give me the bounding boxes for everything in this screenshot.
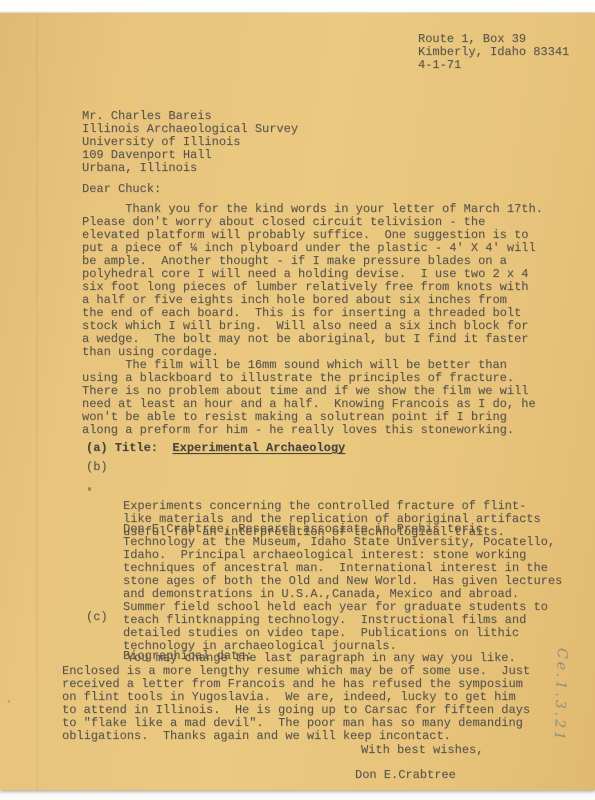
item-a-prefix: (a) Title:	[86, 441, 172, 455]
scanned-letter-page: Route 1, Box 39 Kimberly, Idaho 83341 4-…	[0, 0, 595, 800]
return-address: Route 1, Box 39 Kimberly, Idaho 83341 4-…	[418, 33, 569, 72]
scanner-background-bottom	[0, 790, 595, 800]
signature: Don E.Crabtree	[355, 769, 456, 782]
paragraph-film: The film will be 16mm sound which will b…	[82, 359, 536, 437]
scanner-background-top	[0, 0, 595, 13]
salutation: Dear Chuck:	[82, 183, 161, 196]
paragraph-equipment: Thank you for the kind words in your let…	[82, 203, 543, 359]
paragraph-closing-remarks: You may change the last paragraph in any…	[62, 652, 530, 743]
closing: With best wishes,	[361, 744, 483, 757]
item-c-marker: (c)	[86, 611, 108, 624]
biographical-paragraph: Don E.Crabtree, Research associate in Pr…	[123, 523, 562, 653]
item-a-title: Experimental Archaeology	[172, 441, 345, 455]
item-b-marker: (b)	[86, 461, 108, 474]
paper-speck	[8, 700, 10, 703]
list-item-a-title-line: (a) Title: Experimental Archaeology	[86, 442, 345, 455]
recipient-address: Mr. Charles Bareis Illinois Archaeologic…	[82, 110, 298, 175]
paper-crease	[36, 13, 38, 790]
